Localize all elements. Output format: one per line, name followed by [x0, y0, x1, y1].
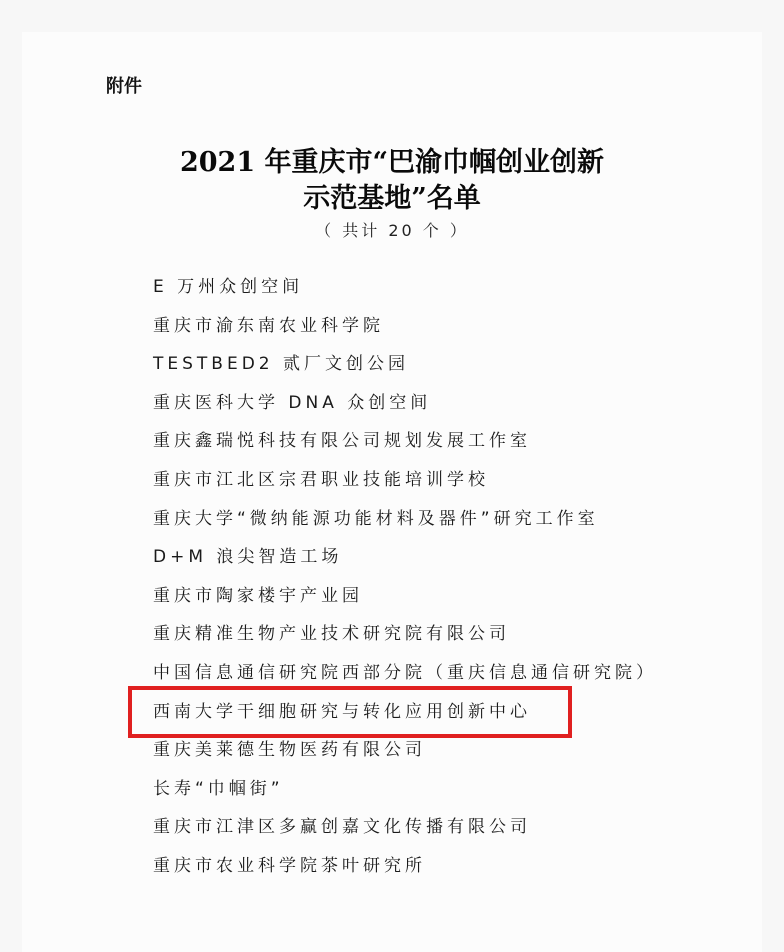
red-highlight-box [128, 686, 572, 738]
list-item: 重庆市陶家楼宇产业园 [153, 582, 657, 621]
list-item: TESTBED2 贰厂文创公园 [153, 350, 657, 389]
base-list: E 万州众创空间 重庆市渝东南农业科学院 TESTBED2 贰厂文创公园 重庆医… [153, 273, 657, 891]
list-item: E 万州众创空间 [153, 273, 657, 312]
list-item: 重庆鑫瑞悦科技有限公司规划发展工作室 [153, 427, 657, 466]
document-title-line1: 2021 年重庆市“巴渝巾帼创业创新 [0, 140, 784, 179]
list-item: 重庆大学“微纳能源功能材料及器件”研究工作室 [153, 505, 657, 544]
list-item: 重庆市江北区宗君职业技能培训学校 [153, 466, 657, 505]
attachment-label: 附件 [106, 72, 142, 98]
list-item: 重庆市江津区多赢创嘉文化传播有限公司 [153, 813, 657, 852]
list-item: 长寿“巾帼街” [153, 775, 657, 814]
list-item: 重庆美莱德生物医药有限公司 [153, 736, 657, 775]
list-item: 重庆市农业科学院茶叶研究所 [153, 852, 657, 891]
document-title-line2: 示范基地”名单 [0, 176, 784, 215]
list-item: 重庆精准生物产业技术研究院有限公司 [153, 620, 657, 659]
document-subtitle-count: （ 共计 20 个 ） [0, 218, 784, 241]
list-item: 重庆医科大学 DNA 众创空间 [153, 389, 657, 428]
list-item: 重庆市渝东南农业科学院 [153, 312, 657, 351]
list-item: D+M 浪尖智造工场 [153, 543, 657, 582]
